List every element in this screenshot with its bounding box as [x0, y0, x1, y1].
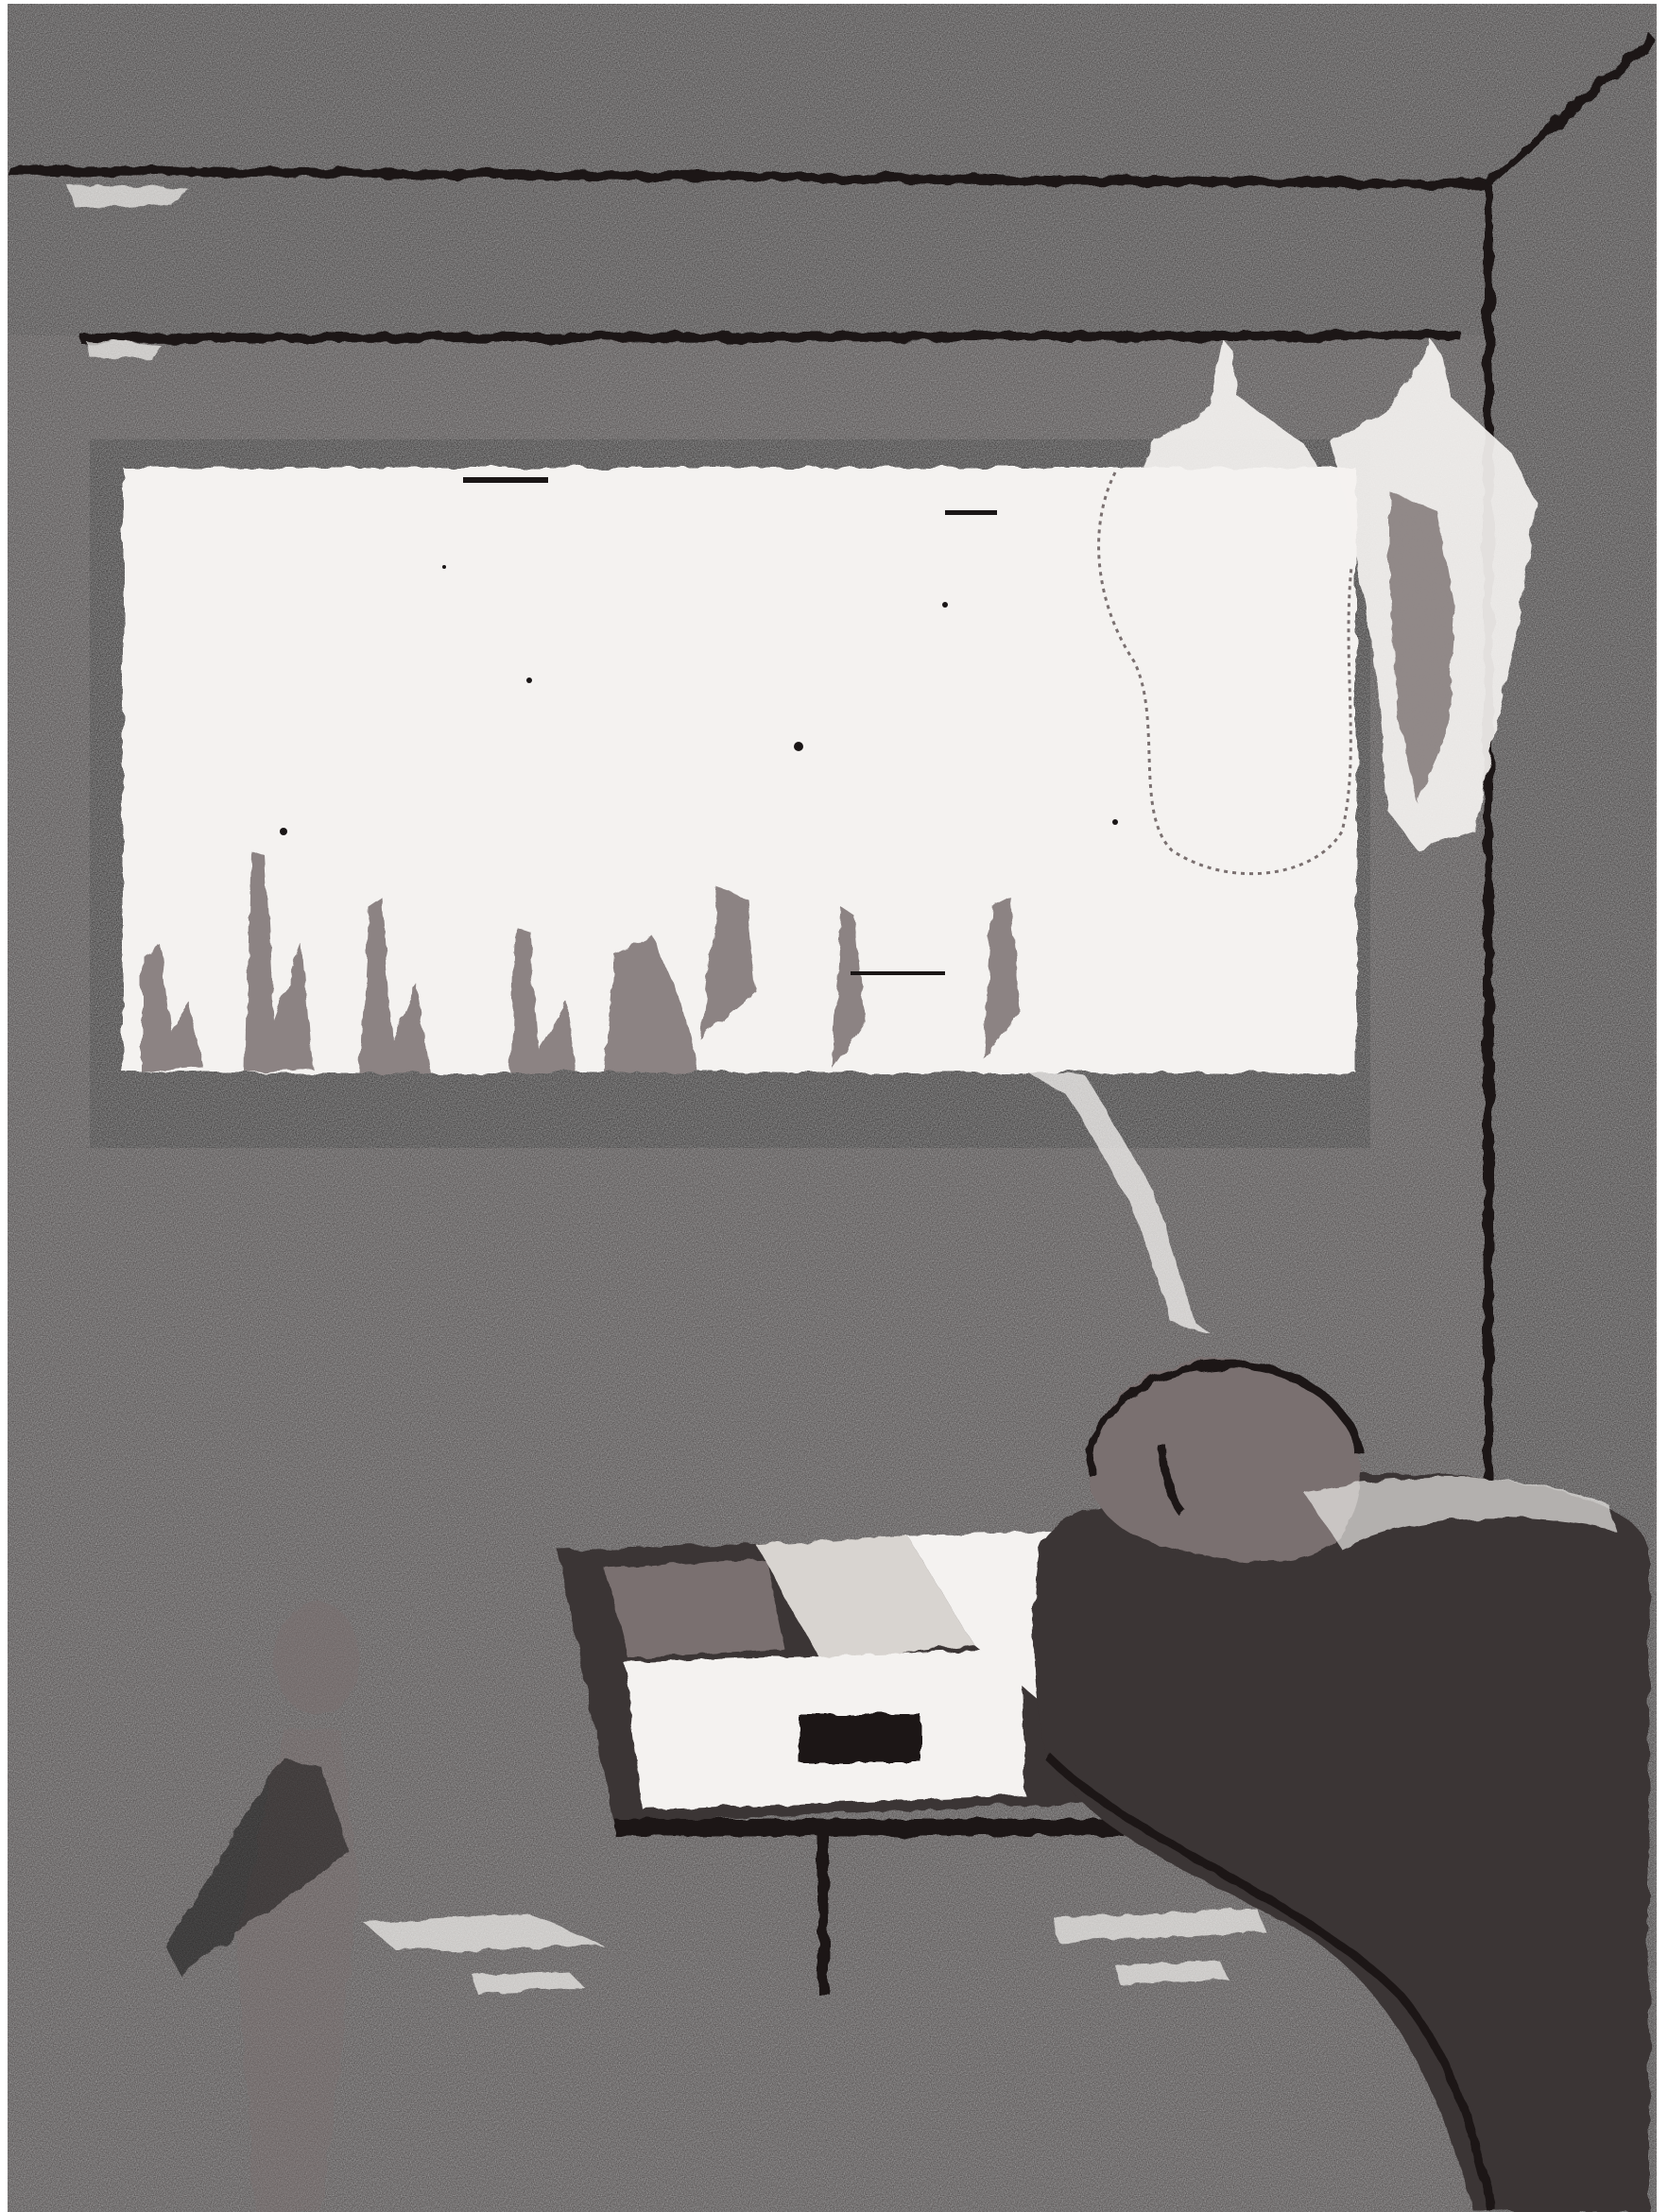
papers-on-table [605, 1531, 1087, 1809]
table-edge [614, 1819, 1125, 1836]
window [123, 468, 1356, 1072]
table-leg [817, 1833, 829, 1994]
ghost-head [274, 1602, 359, 1715]
ink-block [799, 1715, 921, 1762]
upper-wall-band [8, 180, 1488, 335]
ceiling [8, 4, 1654, 184]
paper-sheet-left [605, 1559, 784, 1658]
etching-artwork [0, 0, 1668, 2212]
artwork-canvas [0, 0, 1668, 2212]
